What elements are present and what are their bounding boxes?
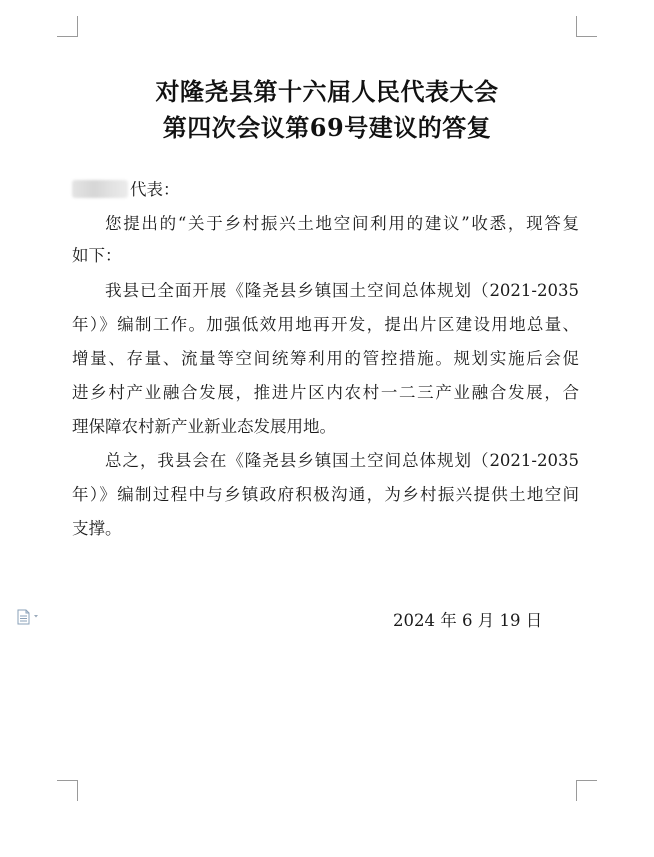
document-icon[interactable] <box>17 609 45 625</box>
document-title-line-1: 对隆尧县第十六届人民代表大会 <box>0 72 654 107</box>
chevron-down-icon <box>34 615 38 618</box>
crop-mark-top-left <box>57 16 78 37</box>
paragraph-1-line-1: 您提出的“关于乡村振兴土地空间利用的建议”收悉，现答复 <box>105 214 579 234</box>
redacted-name <box>72 180 128 198</box>
paragraph-2-line-3: 增量、存量、流量等空间统筹利用的管控措施。规划实施后会促 <box>72 349 579 369</box>
paragraph-2-line-2: 年）》编制工作。加强低效用地再开发，提出片区建设用地总量、 <box>72 315 579 335</box>
crop-mark-bottom-right <box>576 780 597 801</box>
paragraph-3-line-1: 总之，我县会在《隆尧县乡镇国土空间总体规划（2021-2035 <box>105 451 579 471</box>
document-page: 对隆尧县第十六届人民代表大会 第四次会议第69号建议的答复 代表： 您提出的“关… <box>0 0 654 857</box>
paragraph-2-line-4: 进乡村产业融合发展，推进片区内农村一二三产业融合发展，合 <box>72 383 579 403</box>
paragraph-3-line-2: 年）》编制过程中与乡镇政府积极沟通，为乡村振兴提供土地空间 <box>72 485 579 505</box>
salutation: 代表： <box>72 180 180 200</box>
paragraph-2-line-1: 我县已全面开展《隆尧县乡镇国土空间总体规划（2021-2035 <box>105 281 579 301</box>
paragraph-2-line-5: 理保障农村新产业新业态发展用地。 <box>72 417 336 437</box>
reply-date: 2024 年 6 月 19 日 <box>393 611 542 631</box>
paragraph-1-line-2: 如下： <box>72 246 122 266</box>
salutation-suffix: 代表： <box>130 180 180 199</box>
document-title-line-2: 第四次会议第69号建议的答复 <box>0 108 654 143</box>
crop-mark-top-right <box>576 16 597 37</box>
crop-mark-bottom-left <box>57 780 78 801</box>
paragraph-3-line-3: 支撑。 <box>72 519 122 539</box>
